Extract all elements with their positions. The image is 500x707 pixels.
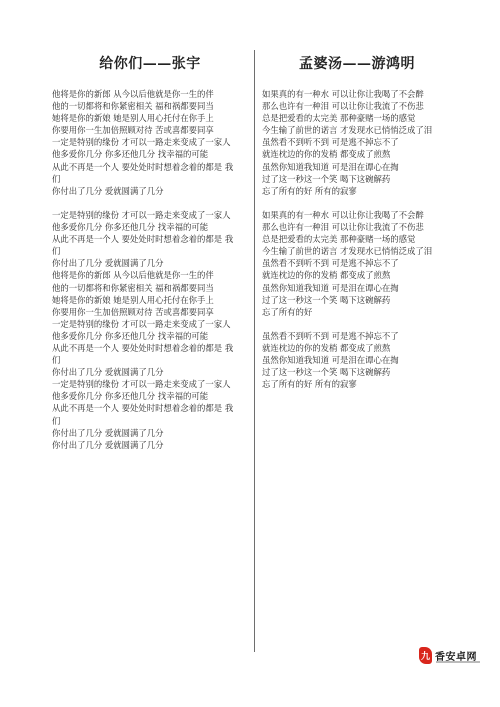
lyric-line: 他将是你的新郎 从今以后他就是你一生的伴 <box>52 88 248 100</box>
lyrics-column-left: 给你们——张宇 他将是你的新郎 从今以后他就是你一生的伴他的一切都将和你紧密相关… <box>52 54 248 451</box>
lyric-line: 她将是你的新娘 她是别人用心托付在你手上 <box>52 294 248 306</box>
lyric-line: 那么也许有一种泪 可以让你让我流了不伤悲 <box>262 100 452 112</box>
lyric-line: 总是把爱看的太完美 那种豪赌一场的感觉 <box>262 112 452 124</box>
stanza-gap <box>52 197 248 209</box>
lyric-line: 虽然你知道我知道 可是泪在谭心在掏 <box>262 282 452 294</box>
lyric-line: 们 <box>52 245 248 257</box>
lyric-line: 虽然看不到听不到 可是逃不掉忘不了 <box>262 330 452 342</box>
lyric-line: 过了这一秒这一个笑 喝下这碗解药 <box>262 366 452 378</box>
lyric-line: 忘了所有的好 <box>262 306 452 318</box>
lyric-line: 今生输了前世的诺言 才发现水已悄悄泛成了泪 <box>262 124 452 136</box>
watermark-logo: 九 香安卓网 <box>419 644 483 666</box>
lyric-line: 你付出了几分 爱就圆满了几分 <box>52 366 248 378</box>
song-title-left: 给你们——张宇 <box>52 54 248 74</box>
lyric-line: 就连枕边的你的发梢 都变成了煎熬 <box>262 148 452 160</box>
lyric-line: 总是把爱看的太完美 那种豪赌一场的感觉 <box>262 233 452 245</box>
lyric-line: 你付出了几分 爱就圆满了几分 <box>52 257 248 269</box>
stanza-gap <box>262 318 452 330</box>
lyric-line: 一定是特别的缘份 才可以一路走来变成了一家人 <box>52 136 248 148</box>
lyric-line: 今生输了前世的诺言 才发现水已悄悄泛成了泪 <box>262 245 452 257</box>
stanza-gap <box>262 197 452 209</box>
lyric-line: 你要用你一生加倍照顾对待 苦或喜都要同享 <box>52 306 248 318</box>
document-page: 给你们——张宇 他将是你的新郎 从今以后他就是你一生的伴他的一切都将和你紧密相关… <box>0 0 500 707</box>
lyric-line: 如果真的有一种水 可以让你让我喝了不会醉 <box>262 88 452 100</box>
lyric-line: 一定是特别的缘份 才可以一路走来变成了一家人 <box>52 318 248 330</box>
lyric-line: 从此不再是一个人 要处处时时想着念着的都是 我 <box>52 161 248 173</box>
column-divider <box>254 50 255 652</box>
lyric-line: 就连枕边的你的发梢 都变成了煎熬 <box>262 342 452 354</box>
lyric-line: 忘了所有的好 所有的寂寥 <box>262 185 452 197</box>
lyric-line: 从此不再是一个人 要处处时时想着念着的都是 我 <box>52 233 248 245</box>
lyric-line: 就连枕边的你的发梢 都变成了煎熬 <box>262 269 452 281</box>
lyric-line: 们 <box>52 173 248 185</box>
lyric-line: 你付出了几分 爱就圆满了几分 <box>52 427 248 439</box>
lyric-line: 一定是特别的缘份 才可以一路走来变成了一家人 <box>52 209 248 221</box>
lyric-line: 他多爱你几分 你多还他几分 找幸福的可能 <box>52 330 248 342</box>
logo-mark-icon: 九 <box>419 647 432 664</box>
lyric-line: 他多爱你几分 你多还他几分 找幸福的可能 <box>52 221 248 233</box>
lyrics-lines-left: 他将是你的新郎 从今以后他就是你一生的伴他的一切都将和你紧密相关 福和祸都要同当… <box>52 88 248 451</box>
lyric-line: 他将是你的新郎 从今以后他就是你一生的伴 <box>52 269 248 281</box>
lyric-line: 从此不再是一个人 要处处时时想着念着的都是 我 <box>52 342 248 354</box>
lyric-line: 他的一切都将和你紧密相关 福和祸都要同当 <box>52 282 248 294</box>
lyric-line: 他多爱你几分 你多还他几分 找幸福的可能 <box>52 148 248 160</box>
lyric-line: 他的一切都将和你紧密相关 福和祸都要同当 <box>52 100 248 112</box>
lyric-line: 们 <box>52 415 248 427</box>
lyric-line: 你付出了几分 爱就圆满了几分 <box>52 439 248 451</box>
lyric-line: 忘了所有的好 所有的寂寥 <box>262 378 452 390</box>
lyric-line: 那么也许有一种泪 可以让你让我流了不伤悲 <box>262 221 452 233</box>
lyric-line: 虽然看不到听不到 可是逃不掉忘不了 <box>262 136 452 148</box>
lyrics-column-right: 孟婆汤——游鸿明 如果真的有一种水 可以让你让我喝了不会醉那么也许有一种泪 可以… <box>262 54 452 390</box>
lyric-line: 从此不再是一个人 要处处时时想着念着的都是 我 <box>52 402 248 414</box>
lyric-line: 你要用你一生加倍照顾对待 苦或喜都要同享 <box>52 124 248 136</box>
lyric-line: 他多爱你几分 你多还他几分 找幸福的可能 <box>52 390 248 402</box>
lyric-line: 虽然你知道我知道 可是泪在谭心在掏 <box>262 354 452 366</box>
lyrics-lines-right: 如果真的有一种水 可以让你让我喝了不会醉那么也许有一种泪 可以让你让我流了不伤悲… <box>262 88 452 390</box>
lyric-line: 一定是特别的缘份 才可以一路走来变成了一家人 <box>52 378 248 390</box>
lyric-line: 虽然看不到听不到 可是逃不掉忘不了 <box>262 257 452 269</box>
lyric-line: 她将是你的新娘 她是别人用心托付在你手上 <box>52 112 248 124</box>
lyric-line: 你付出了几分 爱就圆满了几分 <box>52 185 248 197</box>
lyric-line: 们 <box>52 354 248 366</box>
lyric-line: 过了这一秒这一个笑 喝下这碗解药 <box>262 294 452 306</box>
logo-underline <box>436 661 480 663</box>
song-title-right: 孟婆汤——游鸿明 <box>262 54 452 74</box>
lyric-line: 过了这一秒这一个笑 喝下这碗解药 <box>262 173 452 185</box>
lyric-line: 如果真的有一种水 可以让你让我喝了不会醉 <box>262 209 452 221</box>
lyric-line: 虽然你知道我知道 可是泪在谭心在掏 <box>262 161 452 173</box>
